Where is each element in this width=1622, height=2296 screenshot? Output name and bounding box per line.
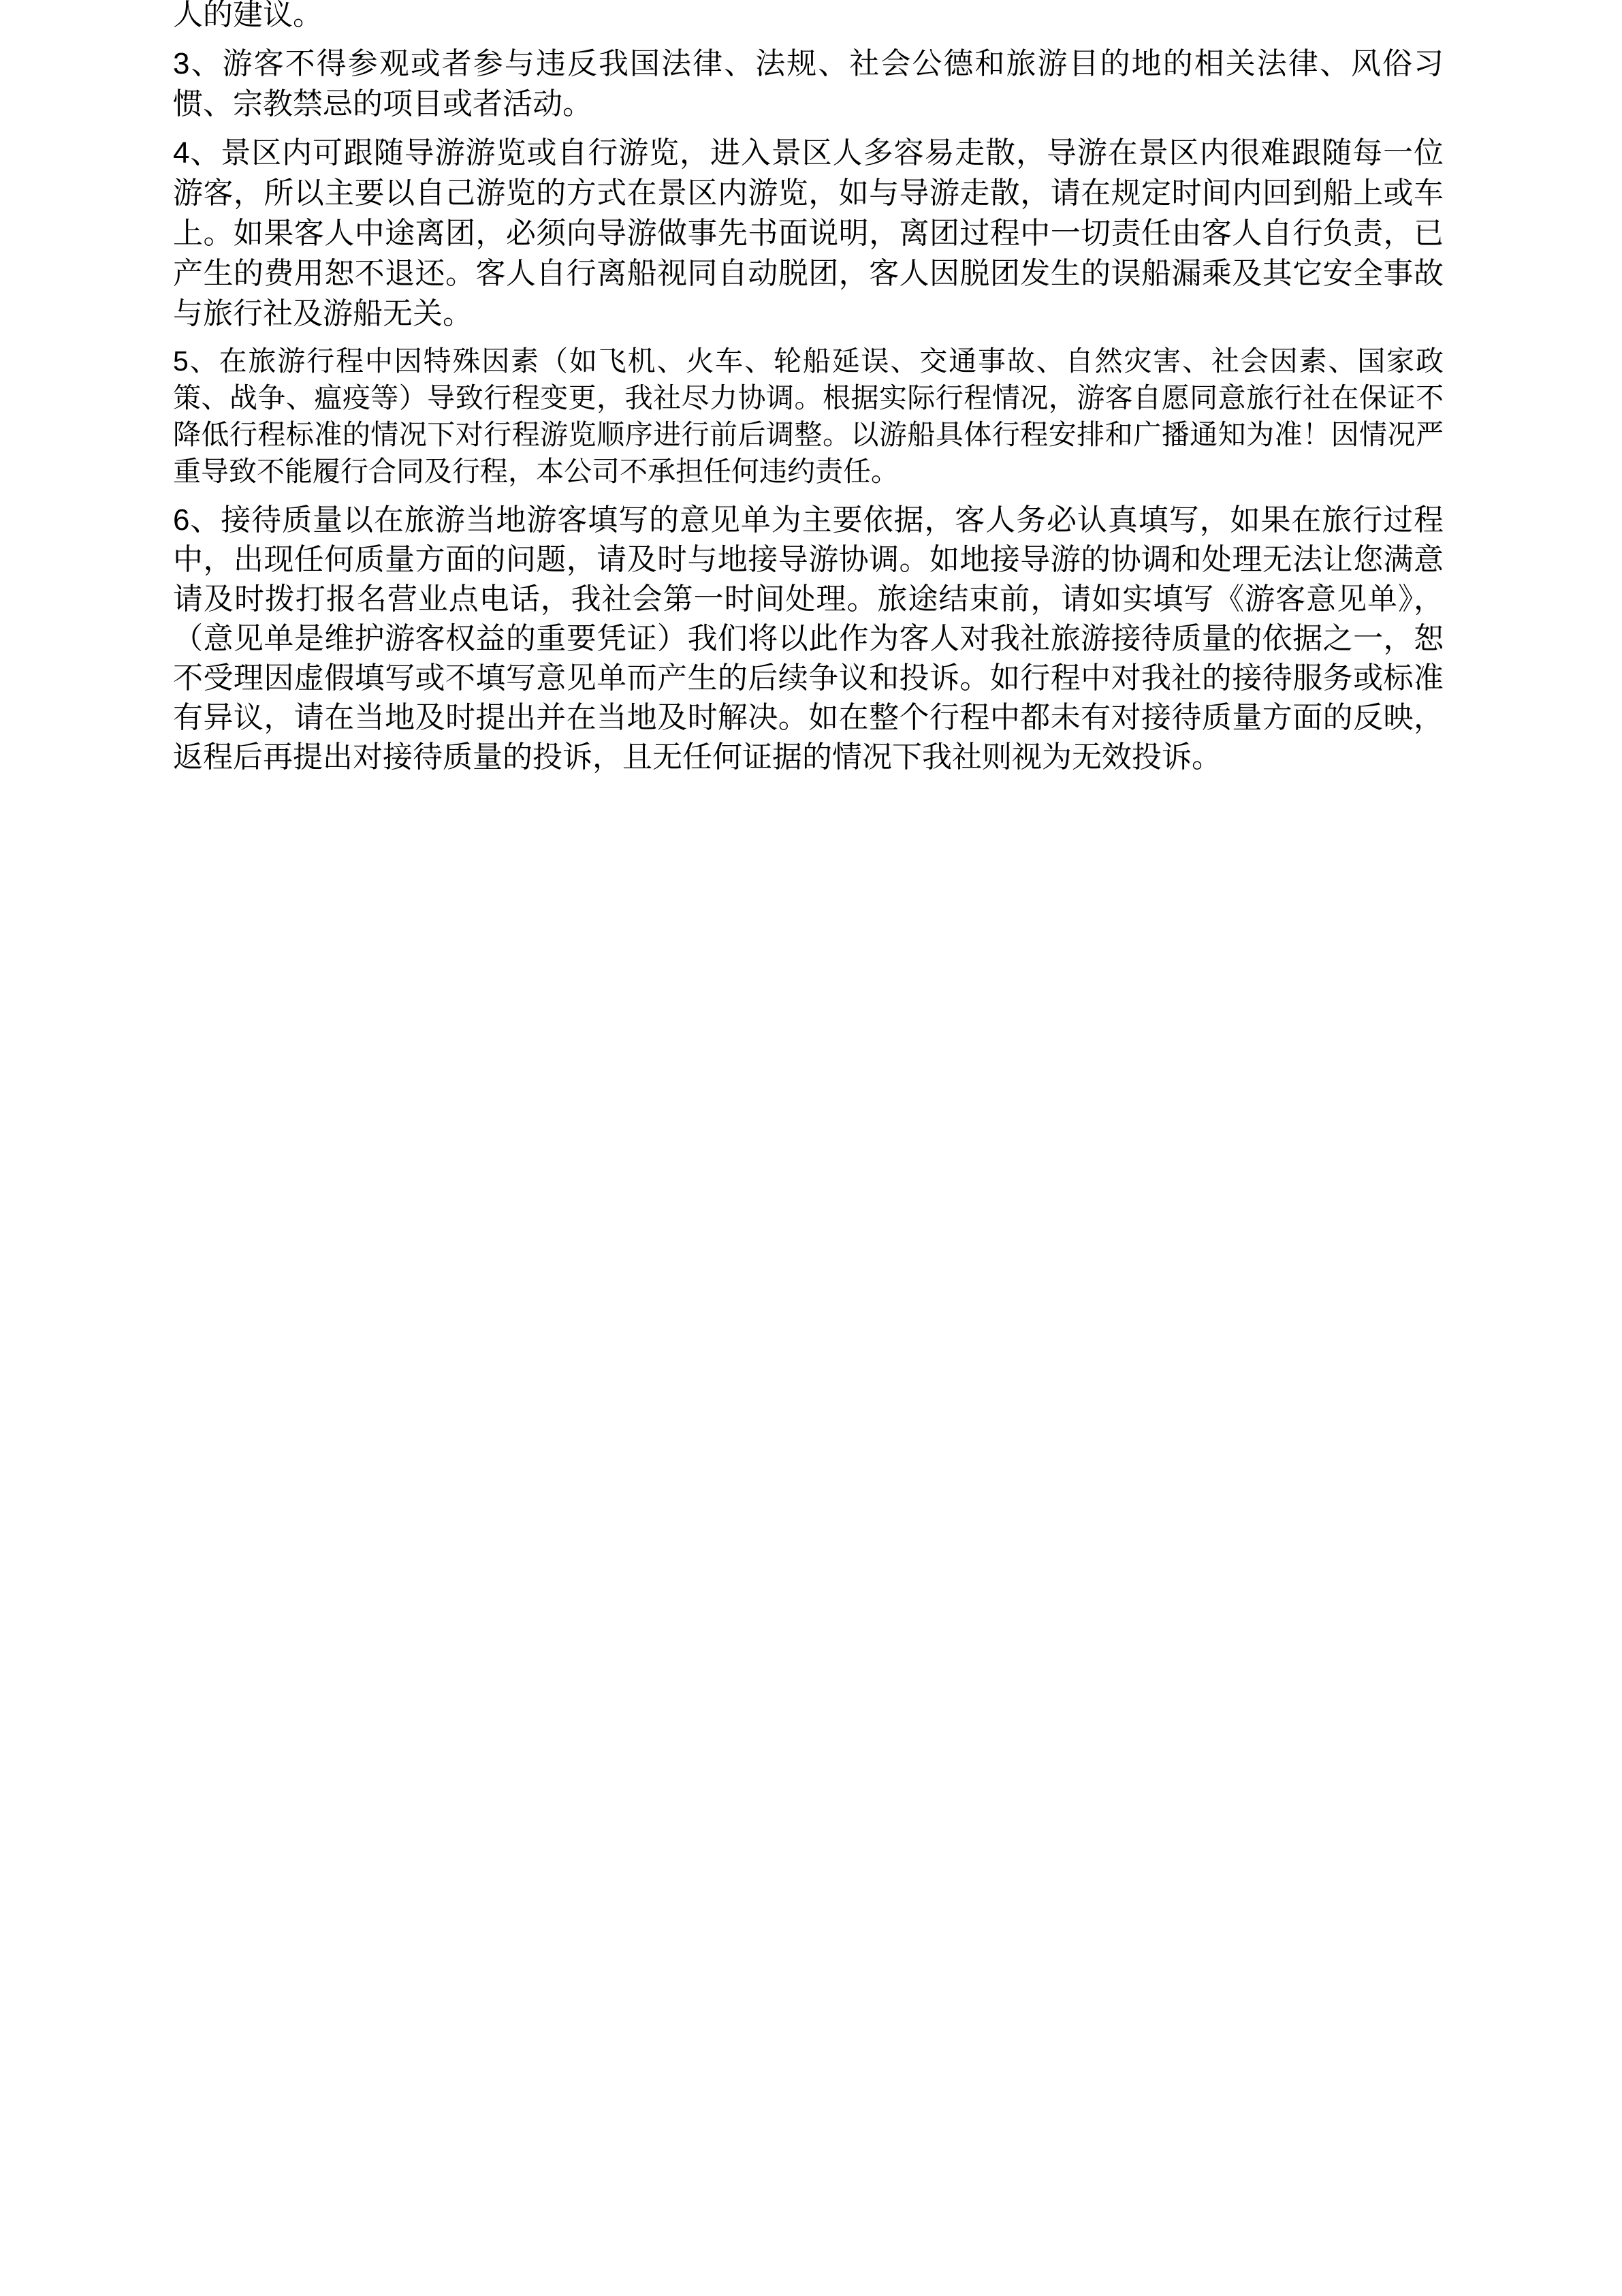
clause-item-5: 5、在旅游行程中因特殊因素（如飞机、火车、轮船延误、交通事故、自然灾害、社会因素… bbox=[173, 343, 1444, 490]
clause-item-3: 3、游客不得参观或者参与违反我国法律、法规、社会公德和旅游目的地的相关法律、风俗… bbox=[173, 44, 1444, 124]
document-body: 人的建议。 3、游客不得参观或者参与违反我国法律、法规、社会公德和旅游目的地的相… bbox=[173, 0, 1444, 777]
clause-item-4: 4、景区内可跟随导游游览或自行游览，进入景区人多容易走散，导游在景区内很难跟随每… bbox=[173, 133, 1444, 334]
document-page: 人的建议。 3、游客不得参观或者参与违反我国法律、法规、社会公德和旅游目的地的相… bbox=[0, 0, 1622, 2296]
paragraph-continuation: 人的建议。 bbox=[173, 0, 1444, 35]
clause-item-6: 6、接待质量以在旅游当地游客填写的意见单为主要依据，客人务必认真填写，如果在旅行… bbox=[173, 501, 1444, 777]
